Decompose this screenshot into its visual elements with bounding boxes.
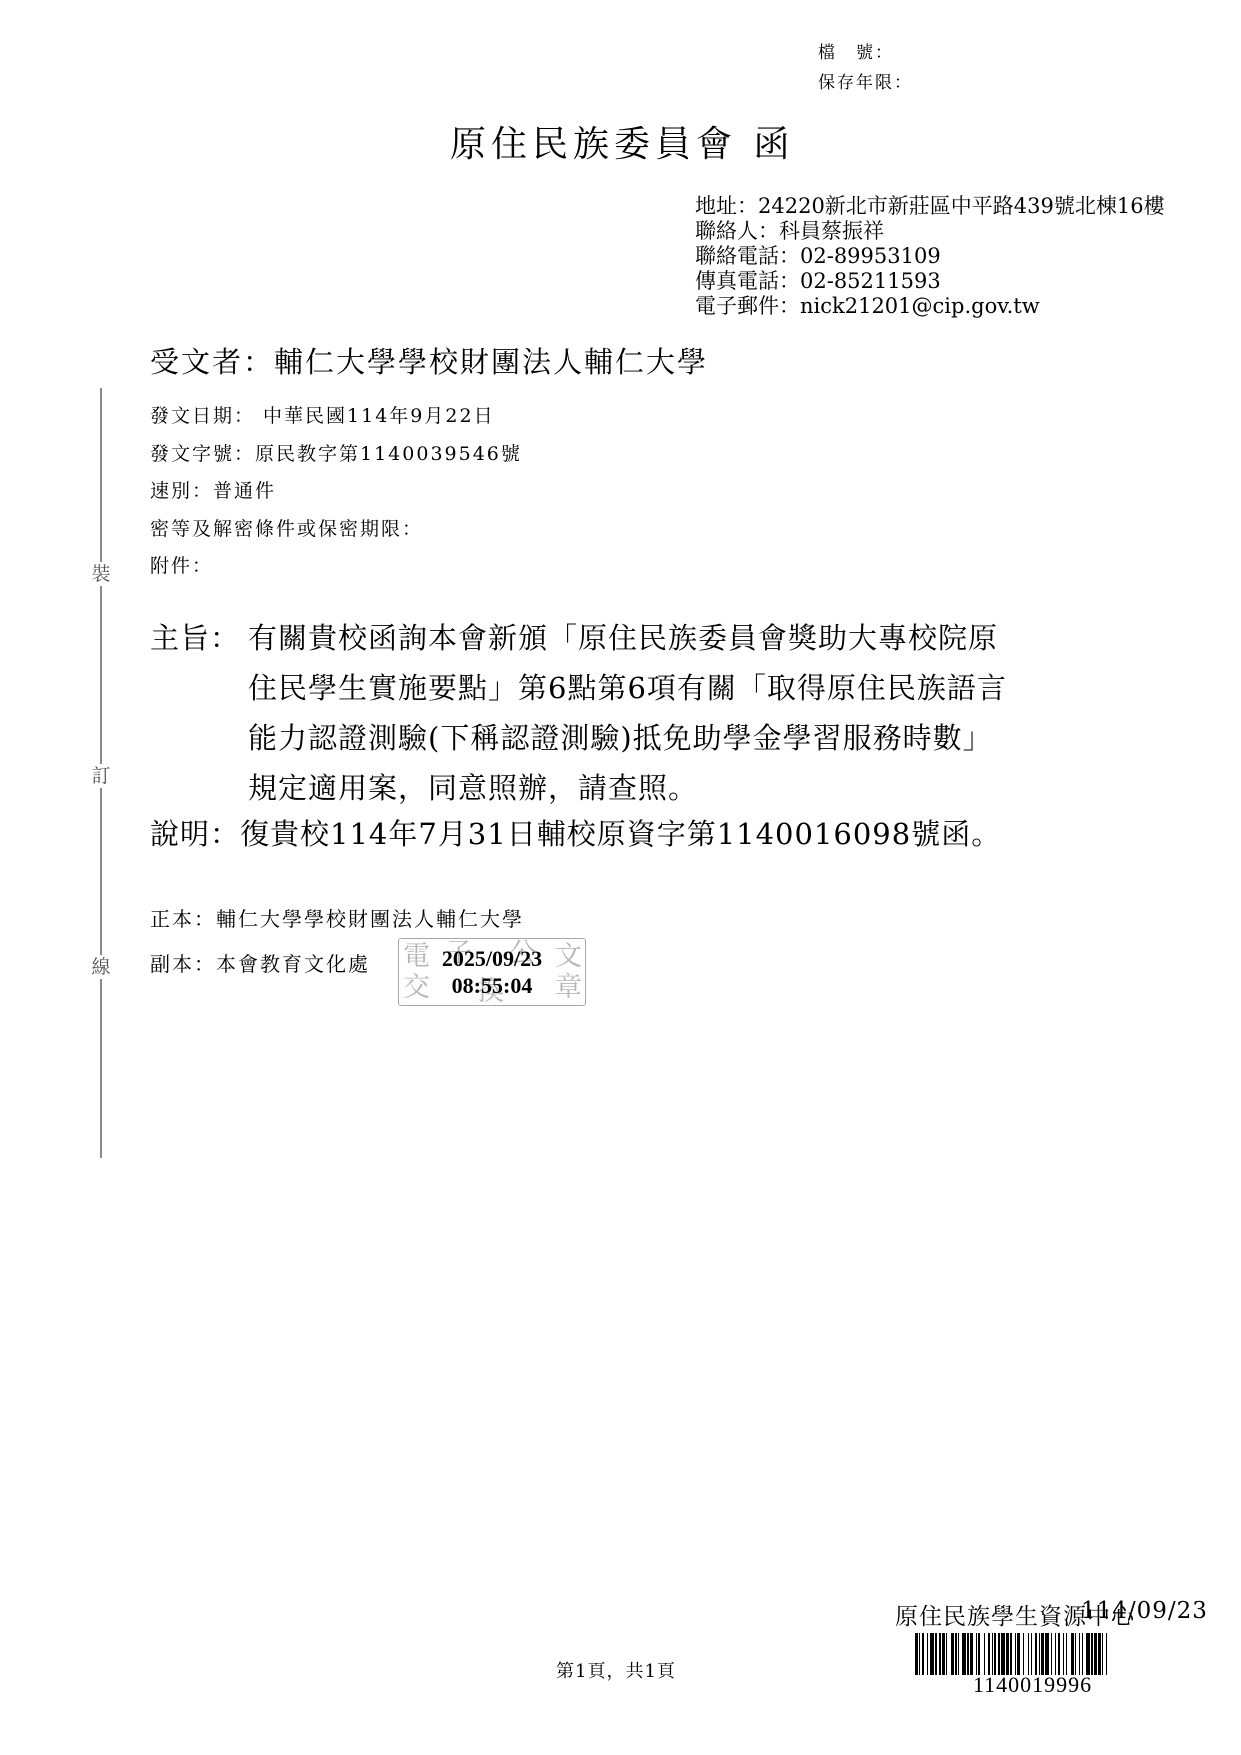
subject-line-1: 有關貴校函詢本會新頒「原住民族委員會獎助大專校院原 — [248, 621, 998, 655]
contact-address: 地址：24220新北市新莊區中平路439號北棟16樓 — [695, 194, 1165, 219]
retention-label: 保存年限： — [818, 68, 913, 98]
subject-line-2: 住民學生實施要點」第6點第6項有關「取得原住民族語言 — [150, 663, 1007, 713]
issue-date: 發文日期： 中華民國114年9月22日 — [150, 398, 522, 436]
issue-number: 發文字號：原民教字第1140039546號 — [150, 436, 522, 474]
file-info: 檔 號： 保存年限： — [818, 38, 913, 98]
page-number: 第1頁，共1頁 — [556, 1657, 676, 1683]
binding-mark-ding: 訂 — [90, 764, 112, 788]
barcode-label: 原住民族學生資源中心 114/09/23 — [895, 1598, 1135, 1631]
barcode-date-overlay: 114/09/23 — [1081, 1598, 1208, 1624]
electronic-exchange-stamp: 電 子 公 文 交 換 章 2025/09/23 08:55:04 — [398, 938, 586, 1006]
original-recipient: 正本：輔仁大學學校財團法人輔仁大學 — [150, 897, 524, 942]
confidentiality: 密等及解密條件或保密期限： — [150, 511, 522, 549]
urgency: 速別：普通件 — [150, 473, 522, 511]
subject-line-4: 規定適用案，同意照辦，請查照。 — [150, 763, 1007, 813]
document-title: 原住民族委員會 函 — [450, 116, 794, 167]
subject-label: 主旨： — [150, 613, 248, 663]
binding-mark-zhuang: 裝 — [90, 562, 112, 586]
file-number-label: 檔 號： — [818, 38, 913, 68]
binding-mark-xian: 線 — [90, 955, 112, 979]
explanation: 說明：復貴校114年7月31日輔校原資字第1140016098號函。 — [150, 812, 1001, 853]
stamp-date: 2025/09/23 — [399, 945, 585, 973]
recipient: 受文者：輔仁大學學校財團法人輔仁大學 — [150, 340, 708, 381]
stamp-time: 08:55:04 — [399, 972, 585, 1000]
subject-line-3: 能力認證測驗(下稱認證測驗)抵免助學金學習服務時數」 — [150, 713, 1007, 763]
subject-section: 主旨：有關貴校函詢本會新頒「原住民族委員會獎助大專校院原 住民學生實施要點」第6… — [150, 613, 1007, 813]
document-meta: 發文日期： 中華民國114年9月22日 發文字號：原民教字第1140039546… — [150, 398, 522, 586]
contact-fax: 傳真電話：02-85211593 — [695, 269, 1165, 294]
contact-email: 電子郵件：nick21201@cip.gov.tw — [695, 294, 1165, 319]
barcode-number: 1140019996 — [973, 1672, 1092, 1698]
attachments: 附件： — [150, 548, 522, 586]
contact-phone: 聯絡電話：02-89953109 — [695, 244, 1165, 269]
contact-block: 地址：24220新北市新莊區中平路439號北棟16樓 聯絡人：科員蔡振祥 聯絡電… — [695, 194, 1165, 319]
barcode — [915, 1633, 1175, 1675]
contact-person: 聯絡人：科員蔡振祥 — [695, 219, 1165, 244]
